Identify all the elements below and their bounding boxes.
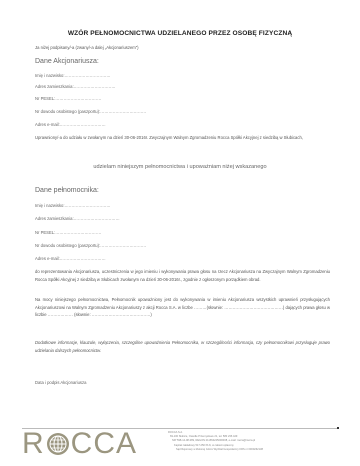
proxy-pesel-field: Nr PESEL:…………………………… bbox=[35, 230, 101, 235]
document-page: WZÓR PEŁNOMOCNICTWA UDZIELANEGO PRZEZ OS… bbox=[0, 0, 360, 466]
logo-letter-r: R bbox=[22, 431, 45, 457]
grant-statement: udzielam niniejszym pełnomocnictwa i upo… bbox=[0, 164, 360, 170]
company-registry: Sąd Rejonowy w Zielonej Górze Wydział Go… bbox=[176, 448, 263, 452]
shareholder-heading: Dane Akcjonariusza: bbox=[35, 58, 99, 65]
shareholder-name-field: Imię i nazwisko:…………………………… bbox=[35, 73, 111, 78]
additional-info-paragraph: Dodatkowe informacje, klauzule, wyłączen… bbox=[35, 339, 330, 354]
entitlement-paragraph: Uprawniony/-a do udziału w zwołanym na d… bbox=[35, 134, 330, 142]
rocca-logo: R CCA bbox=[22, 431, 137, 457]
footer-divider bbox=[22, 428, 338, 429]
company-info: ROCCA S.A. 69-100 Słubice, Osiedle Przem… bbox=[168, 431, 263, 452]
representation-paragraph: do reprezentowania Akcjonariusza, uczest… bbox=[35, 268, 330, 283]
proxy-heading: Dane pełnomocnika: bbox=[35, 187, 99, 194]
signature-label: Data i podpis Akcjonariusza bbox=[35, 380, 86, 385]
authority-paragraph: Na mocy niniejszego pełnomocnictwa, Pełn… bbox=[35, 296, 330, 319]
proxy-name-field: Imię i nazwisko:…………………………… bbox=[35, 203, 111, 208]
shareholder-address-field: Adres zamieszkania:………………………… bbox=[35, 84, 116, 89]
shareholder-pesel-field: Nr PESEL:…………………………… bbox=[35, 96, 101, 101]
shareholder-email-field: Adres e-mail:…………………………… bbox=[35, 122, 106, 127]
shareholder-id-field: Nr dowodu osobistego (paszportu):…………………… bbox=[35, 109, 146, 114]
proxy-email-field: Adres e-mail:…………………………… bbox=[35, 256, 106, 261]
document-title: WZÓR PEŁNOMOCNICTWA UDZIELANEGO PRZEZ OS… bbox=[0, 30, 360, 37]
company-tax-ids: NIP 598-14-98-389, REGON 211654225000008… bbox=[172, 439, 263, 443]
proxy-address-field: Adres zamieszkania:…………………………… bbox=[35, 216, 120, 221]
footer-dot bbox=[337, 427, 339, 429]
logo-letters-cca: CCA bbox=[71, 431, 137, 457]
intro-text: Ja niżej podpisany/-a (zwany/-a dalej „A… bbox=[35, 45, 139, 50]
proxy-id-field: Nr dowodu osobistego (paszportu):…………………… bbox=[35, 243, 146, 248]
globe-icon bbox=[46, 432, 70, 456]
